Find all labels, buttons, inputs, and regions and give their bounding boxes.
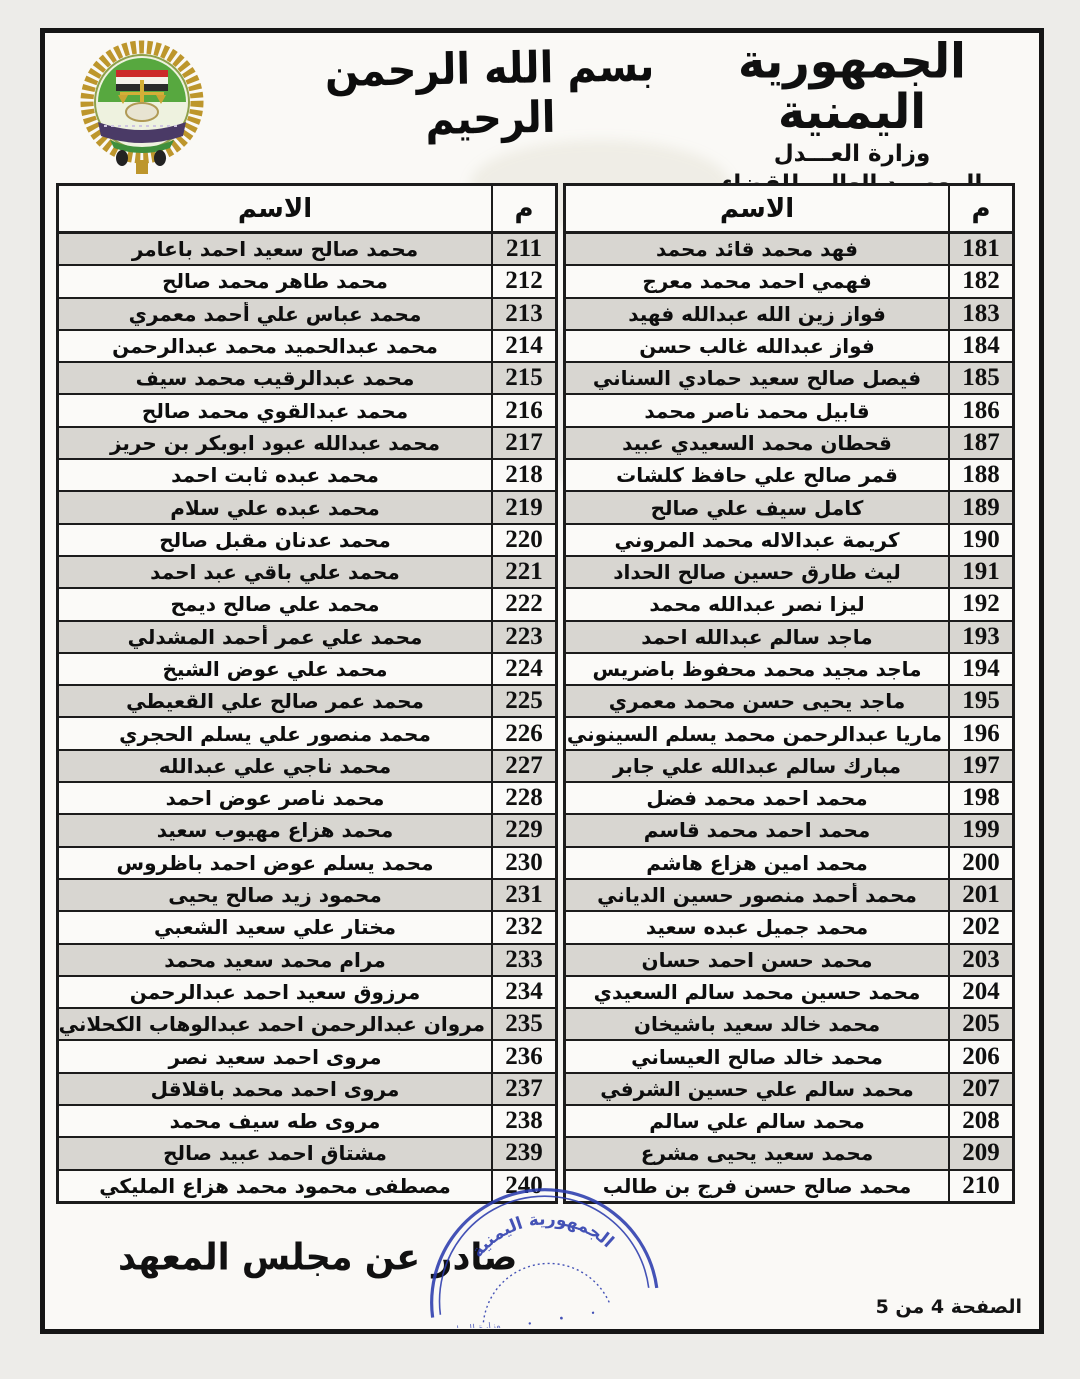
row-number-cell: 237 <box>491 1074 555 1104</box>
roster-table-right: مالاسم181فهد محمد قائد محمد182فهمي احمد … <box>563 183 1015 1204</box>
table-header-row: مالاسم <box>59 186 555 232</box>
row-name-cell: محمد سعيد يحيى مشرع <box>566 1141 948 1165</box>
table-row: 225محمد عمر صالح علي القعيطي <box>59 684 555 716</box>
table-row: 184فواز عبدالله غالب حسن <box>566 329 1012 361</box>
row-name-cell: محمد علي باقي عبد احمد <box>59 560 491 584</box>
table-row: 195ماجد يحيى حسن محمد معمري <box>566 684 1012 716</box>
row-number-cell: 216 <box>491 395 555 425</box>
row-name-cell: مروان عبدالرحمن احمد عبدالوهاب الكحلاني <box>59 1012 491 1036</box>
table-row: 220محمد عدنان مقبل صالح <box>59 523 555 555</box>
table-row: 230محمد يسلم عوض احمد باظروس <box>59 846 555 878</box>
table-row: 216محمد عبدالقوي محمد صالح <box>59 393 555 425</box>
row-number-cell: 210 <box>948 1171 1012 1201</box>
row-number-cell: 193 <box>948 622 1012 652</box>
row-number-cell: 192 <box>948 589 1012 619</box>
row-name-cell: ماريا عبدالرحمن محمد يسلم السينوني <box>566 722 948 746</box>
page-number: الصفحة 4 من 5 <box>876 1296 1022 1318</box>
table-row: 200محمد امين هزاع هاشم <box>566 846 1012 878</box>
row-number-cell: 189 <box>948 492 1012 522</box>
row-name-cell: محمد عباس علي أحمد معمري <box>59 302 491 326</box>
roster-table-left: مالاسم211محمد صالح سعيد احمد باعامر212مح… <box>56 183 558 1204</box>
row-number-cell: 204 <box>948 977 1012 1007</box>
table-row: 214محمد عبدالحميد محمد عبدالرحمن <box>59 329 555 361</box>
row-number-cell: 218 <box>491 460 555 490</box>
row-number-cell: 230 <box>491 848 555 878</box>
row-number-cell: 203 <box>948 945 1012 975</box>
table-row: 234مرزوق سعيد احمد عبدالرحمن <box>59 975 555 1007</box>
row-name-cell: كريمة عبدالاله محمد المروني <box>566 528 948 552</box>
table-row: 204محمد حسين محمد سالم السعيدي <box>566 975 1012 1007</box>
table-row: 203محمد حسن احمد حسان <box>566 943 1012 975</box>
row-number-cell: 190 <box>948 525 1012 555</box>
table-row: 213محمد عباس علي أحمد معمري <box>59 297 555 329</box>
row-name-cell: قمر صالح علي حافظ كلشات <box>566 463 948 487</box>
row-name-cell: محمد خالد صالح العيساني <box>566 1045 948 1069</box>
table-row: 235مروان عبدالرحمن احمد عبدالوهاب الكحلا… <box>59 1007 555 1039</box>
row-name-cell: محمد حسن احمد حسان <box>566 948 948 972</box>
row-number-cell: 220 <box>491 525 555 555</box>
row-name-cell: محمد امين هزاع هاشم <box>566 851 948 875</box>
row-name-cell: محمد عبده ثابت احمد <box>59 463 491 487</box>
table-row: 187قحطان محمد السعيدي عبيد <box>566 426 1012 458</box>
row-number-cell: 199 <box>948 815 1012 845</box>
row-name-cell: محمد حسين محمد سالم السعيدي <box>566 980 948 1004</box>
row-number-cell: 185 <box>948 363 1012 393</box>
row-number-cell: 221 <box>491 557 555 587</box>
table-row: 223محمد علي عمر أحمد المشدلي <box>59 620 555 652</box>
table-row: 237مروى احمد محمد باقلاقل <box>59 1072 555 1104</box>
row-number-cell: 238 <box>491 1106 555 1136</box>
table-row: 228محمد ناصر عوض احمد <box>59 781 555 813</box>
row-number-cell: 196 <box>948 718 1012 748</box>
yemen-judiciary-emblem-icon <box>60 40 225 180</box>
row-name-cell: محمود زيد صالح يحيى <box>59 883 491 907</box>
official-stamp-icon: الجمهورية اليمنية وزارة العدل <box>405 1178 675 1328</box>
row-name-cell: مروى طه سيف محمد <box>59 1109 491 1133</box>
row-number-cell: 191 <box>948 557 1012 587</box>
row-number-cell: 214 <box>491 331 555 361</box>
table-row: 233مرام محمد سعيد محمد <box>59 943 555 975</box>
row-name-cell: محمد جميل عبده سعيد <box>566 915 948 939</box>
row-number-cell: 198 <box>948 783 1012 813</box>
table-row: 188قمر صالح علي حافظ كلشات <box>566 458 1012 490</box>
table-row: 224محمد علي عوض الشيخ <box>59 652 555 684</box>
row-name-cell: كامل سيف علي صالح <box>566 496 948 520</box>
row-name-cell: مبارك سالم عبدالله علي جابر <box>566 754 948 778</box>
table-row: 226محمد منصور علي يسلم الحجري <box>59 716 555 748</box>
row-name-cell: ماجد يحيى حسن محمد معمري <box>566 689 948 713</box>
row-number-cell: 206 <box>948 1041 1012 1071</box>
row-number-cell: 208 <box>948 1106 1012 1136</box>
table-row: 221محمد علي باقي عبد احمد <box>59 555 555 587</box>
table-row: 197مبارك سالم عبدالله علي جابر <box>566 749 1012 781</box>
row-number-cell: 186 <box>948 395 1012 425</box>
row-name-cell: ليث طارق حسين صالح الحداد <box>566 560 948 584</box>
table-row: 182فهمي احمد محمد معرج <box>566 264 1012 296</box>
row-number-cell: 205 <box>948 1009 1012 1039</box>
row-number-cell: 223 <box>491 622 555 652</box>
row-name-cell: محمد هزاع مهيوب سعيد <box>59 818 491 842</box>
scanned-page: بسم الله الرحمن الرحيم الجمهورية اليمنية… <box>0 0 1080 1379</box>
row-name-cell: ليزا نصر عبدالله محمد <box>566 592 948 616</box>
row-name-cell: محمد ناجي علي عبدالله <box>59 754 491 778</box>
row-number-cell: 239 <box>491 1138 555 1168</box>
row-number-cell: 187 <box>948 428 1012 458</box>
column-header-name: الاسم <box>566 194 948 224</box>
table-row: 211محمد صالح سعيد احمد باعامر <box>59 232 555 264</box>
table-row: 238مروى طه سيف محمد <box>59 1104 555 1136</box>
column-header-num: م <box>948 186 1012 231</box>
table-row: 217محمد عبدالله عبود ابوبكر بن حريز <box>59 426 555 458</box>
table-row: 193ماجد سالم عبدالله احمد <box>566 620 1012 652</box>
row-number-cell: 182 <box>948 266 1012 296</box>
table-row: 218محمد عبده ثابت احمد <box>59 458 555 490</box>
table-row: 212محمد طاهر محمد صالح <box>59 264 555 296</box>
table-row: 205محمد خالد سعيد باشيخان <box>566 1007 1012 1039</box>
row-number-cell: 217 <box>491 428 555 458</box>
row-name-cell: محمد علي عوض الشيخ <box>59 657 491 681</box>
row-name-cell: فهد محمد قائد محمد <box>566 237 948 261</box>
row-number-cell: 222 <box>491 589 555 619</box>
table-row: 186قابيل محمد ناصر محمد <box>566 393 1012 425</box>
row-number-cell: 195 <box>948 686 1012 716</box>
row-name-cell: مشتاق احمد عبيد صالح <box>59 1141 491 1165</box>
row-name-cell: فهمي احمد محمد معرج <box>566 269 948 293</box>
row-number-cell: 229 <box>491 815 555 845</box>
row-name-cell: فواز زين الله عبدالله فهيد <box>566 302 948 326</box>
row-name-cell: قابيل محمد ناصر محمد <box>566 399 948 423</box>
row-number-cell: 225 <box>491 686 555 716</box>
table-row: 232مختار علي سعيد الشعبي <box>59 910 555 942</box>
table-row: 183فواز زين الله عبدالله فهيد <box>566 297 1012 329</box>
row-name-cell: مروى احمد سعيد نصر <box>59 1045 491 1069</box>
row-name-cell: محمد عبدالحميد محمد عبدالرحمن <box>59 334 491 358</box>
row-name-cell: محمد سالم علي سالم <box>566 1109 948 1133</box>
row-number-cell: 231 <box>491 880 555 910</box>
row-name-cell: محمد يسلم عوض احمد باظروس <box>59 851 491 875</box>
row-number-cell: 188 <box>948 460 1012 490</box>
table-row: 208محمد سالم علي سالم <box>566 1104 1012 1136</box>
table-row: 231محمود زيد صالح يحيى <box>59 878 555 910</box>
row-number-cell: 224 <box>491 654 555 684</box>
table-row: 181فهد محمد قائد محمد <box>566 232 1012 264</box>
row-number-cell: 233 <box>491 945 555 975</box>
row-name-cell: محمد عبدالقوي محمد صالح <box>59 399 491 423</box>
row-number-cell: 207 <box>948 1074 1012 1104</box>
row-name-cell: محمد عبده علي سلام <box>59 496 491 520</box>
row-number-cell: 197 <box>948 751 1012 781</box>
row-number-cell: 228 <box>491 783 555 813</box>
table-header-row: مالاسم <box>566 186 1012 232</box>
row-name-cell: محمد أحمد منصور حسين الدياني <box>566 883 948 907</box>
table-row: 198محمد احمد محمد فضل <box>566 781 1012 813</box>
row-name-cell: محمد علي صالح ديمح <box>59 592 491 616</box>
table-row: 185فيصل صالح سعيد حمادي السناني <box>566 361 1012 393</box>
table-row: 190كريمة عبدالاله محمد المروني <box>566 523 1012 555</box>
row-number-cell: 213 <box>491 299 555 329</box>
row-name-cell: محمد عبدالرقيب محمد سيف <box>59 366 491 390</box>
table-row: 239مشتاق احمد عبيد صالح <box>59 1136 555 1168</box>
table-row: 227محمد ناجي علي عبدالله <box>59 749 555 781</box>
row-name-cell: ماجد مجيد محمد محفوظ باضريس <box>566 657 948 681</box>
row-number-cell: 209 <box>948 1138 1012 1168</box>
row-name-cell: قحطان محمد السعيدي عبيد <box>566 431 948 455</box>
table-row: 201محمد أحمد منصور حسين الدياني <box>566 878 1012 910</box>
row-name-cell: محمد منصور علي يسلم الحجري <box>59 722 491 746</box>
row-name-cell: محمد سالم علي حسين الشرفي <box>566 1077 948 1101</box>
stamp-text: الجمهورية اليمنية <box>464 1202 618 1266</box>
row-name-cell: محمد خالد سعيد باشيخان <box>566 1012 948 1036</box>
row-name-cell: مرزوق سعيد احمد عبدالرحمن <box>59 980 491 1004</box>
row-name-cell: مروى احمد محمد باقلاقل <box>59 1077 491 1101</box>
table-row: 202محمد جميل عبده سعيد <box>566 910 1012 942</box>
table-row: 229محمد هزاع مهيوب سعيد <box>59 813 555 845</box>
row-number-cell: 236 <box>491 1041 555 1071</box>
row-number-cell: 200 <box>948 848 1012 878</box>
row-number-cell: 212 <box>491 266 555 296</box>
row-number-cell: 219 <box>491 492 555 522</box>
republic-title: الجمهورية اليمنية <box>672 36 1032 137</box>
row-number-cell: 184 <box>948 331 1012 361</box>
column-header-name: الاسم <box>59 194 491 224</box>
table-row: 236مروى احمد سعيد نصر <box>59 1039 555 1071</box>
table-row: 191ليث طارق حسين صالح الحداد <box>566 555 1012 587</box>
row-number-cell: 183 <box>948 299 1012 329</box>
row-name-cell: محمد ناصر عوض احمد <box>59 786 491 810</box>
svg-text:الجمهورية اليمنية: الجمهورية اليمنية <box>464 1202 618 1266</box>
table-row: 196ماريا عبدالرحمن محمد يسلم السينوني <box>566 716 1012 748</box>
table-row: 194ماجد مجيد محمد محفوظ باضريس <box>566 652 1012 684</box>
column-header-num: م <box>491 186 555 231</box>
table-row: 192ليزا نصر عبدالله محمد <box>566 587 1012 619</box>
table-row: 215محمد عبدالرقيب محمد سيف <box>59 361 555 393</box>
row-number-cell: 181 <box>948 234 1012 264</box>
row-number-cell: 215 <box>491 363 555 393</box>
row-name-cell: مرام محمد سعيد محمد <box>59 948 491 972</box>
row-number-cell: 194 <box>948 654 1012 684</box>
row-name-cell: محمد طاهر محمد صالح <box>59 269 491 293</box>
row-number-cell: 227 <box>491 751 555 781</box>
row-number-cell: 234 <box>491 977 555 1007</box>
bismillah-calligraphy: بسم الله الرحمن الرحيم <box>304 41 676 147</box>
row-name-cell: محمد عبدالله عبود ابوبكر بن حريز <box>59 431 491 455</box>
row-number-cell: 201 <box>948 880 1012 910</box>
stamp-subtext: وزارة العدل <box>452 1320 502 1328</box>
row-number-cell: 235 <box>491 1009 555 1039</box>
row-name-cell: ماجد سالم عبدالله احمد <box>566 625 948 649</box>
row-number-cell: 232 <box>491 912 555 942</box>
table-row: 219محمد عبده علي سلام <box>59 490 555 522</box>
row-name-cell: فيصل صالح سعيد حمادي السناني <box>566 366 948 390</box>
row-name-cell: محمد صالح سعيد احمد باعامر <box>59 237 491 261</box>
table-row: 222محمد علي صالح ديمح <box>59 587 555 619</box>
table-row: 189كامل سيف علي صالح <box>566 490 1012 522</box>
row-number-cell: 211 <box>491 234 555 264</box>
row-name-cell: محمد احمد محمد قاسم <box>566 818 948 842</box>
row-name-cell: محمد عمر صالح علي القعيطي <box>59 689 491 713</box>
table-row: 209محمد سعيد يحيى مشرع <box>566 1136 1012 1168</box>
row-name-cell: محمد عدنان مقبل صالح <box>59 528 491 552</box>
row-name-cell: مختار علي سعيد الشعبي <box>59 915 491 939</box>
row-number-cell: 202 <box>948 912 1012 942</box>
row-name-cell: محمد احمد محمد فضل <box>566 786 948 810</box>
table-row: 199محمد احمد محمد قاسم <box>566 813 1012 845</box>
ministry-title: وزارة العـــدل <box>672 141 1032 167</box>
table-row: 206محمد خالد صالح العيساني <box>566 1039 1012 1071</box>
row-number-cell: 226 <box>491 718 555 748</box>
table-row: 207محمد سالم علي حسين الشرفي <box>566 1072 1012 1104</box>
row-name-cell: فواز عبدالله غالب حسن <box>566 334 948 358</box>
row-name-cell: محمد علي عمر أحمد المشدلي <box>59 625 491 649</box>
